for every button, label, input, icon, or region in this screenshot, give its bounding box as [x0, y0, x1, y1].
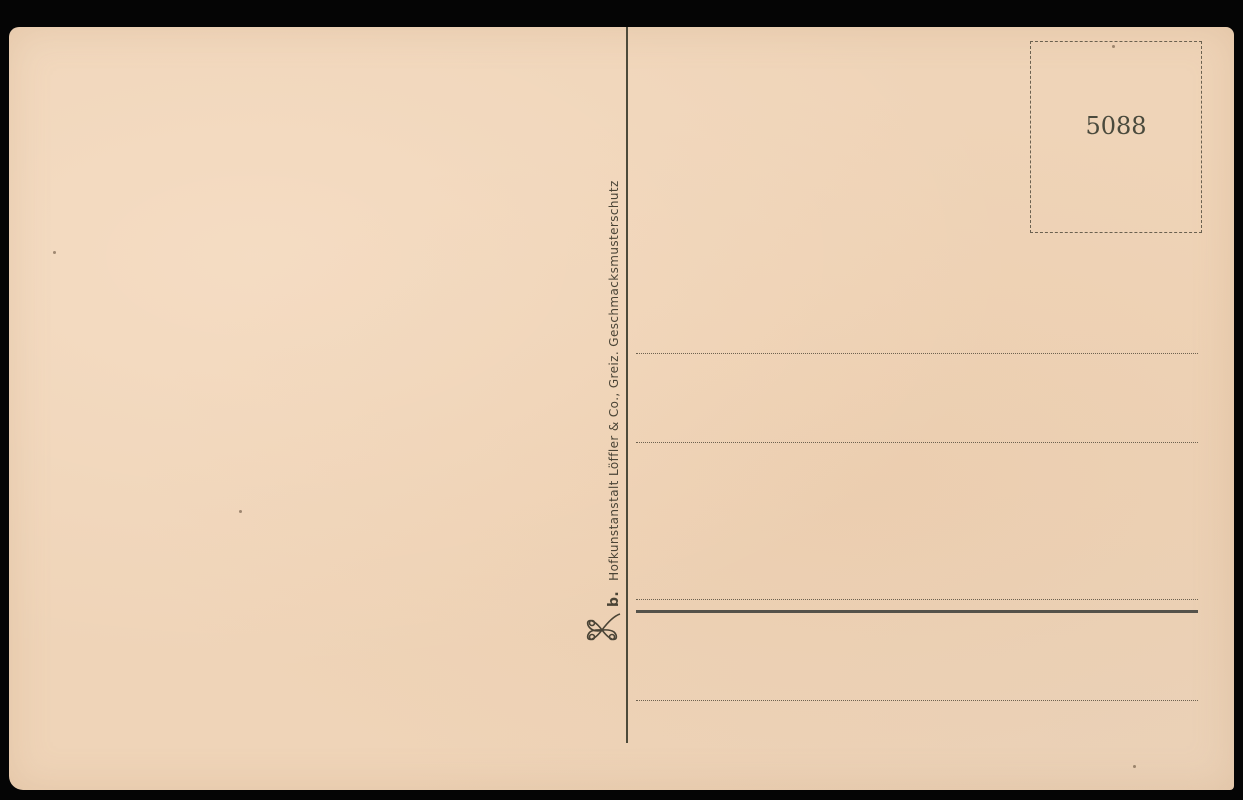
message-address-divider: [626, 27, 628, 743]
address-line-underline: [636, 610, 1198, 613]
butterfly-monogram-icon: [582, 610, 622, 650]
paper-speck: [1133, 765, 1136, 768]
postcard-back: b.Hofkunstanstalt Löffler & Co., Greiz. …: [9, 27, 1234, 790]
paper-speck: [53, 251, 56, 254]
paper-speck: [1112, 45, 1115, 48]
paper-speck: [239, 510, 242, 513]
address-line-4: [636, 700, 1198, 701]
address-line-2: [636, 442, 1198, 443]
imprint-prefix: b.: [606, 591, 622, 607]
stamp-box: 5088: [1030, 41, 1202, 233]
card-number: 5088: [1031, 112, 1201, 140]
address-line-3: [636, 599, 1198, 600]
imprint-text: Hofkunstanstalt Löffler & Co., Greiz. Ge…: [607, 180, 621, 581]
address-line-1: [636, 353, 1198, 354]
publisher-imprint: b.Hofkunstanstalt Löffler & Co., Greiz. …: [606, 180, 622, 607]
